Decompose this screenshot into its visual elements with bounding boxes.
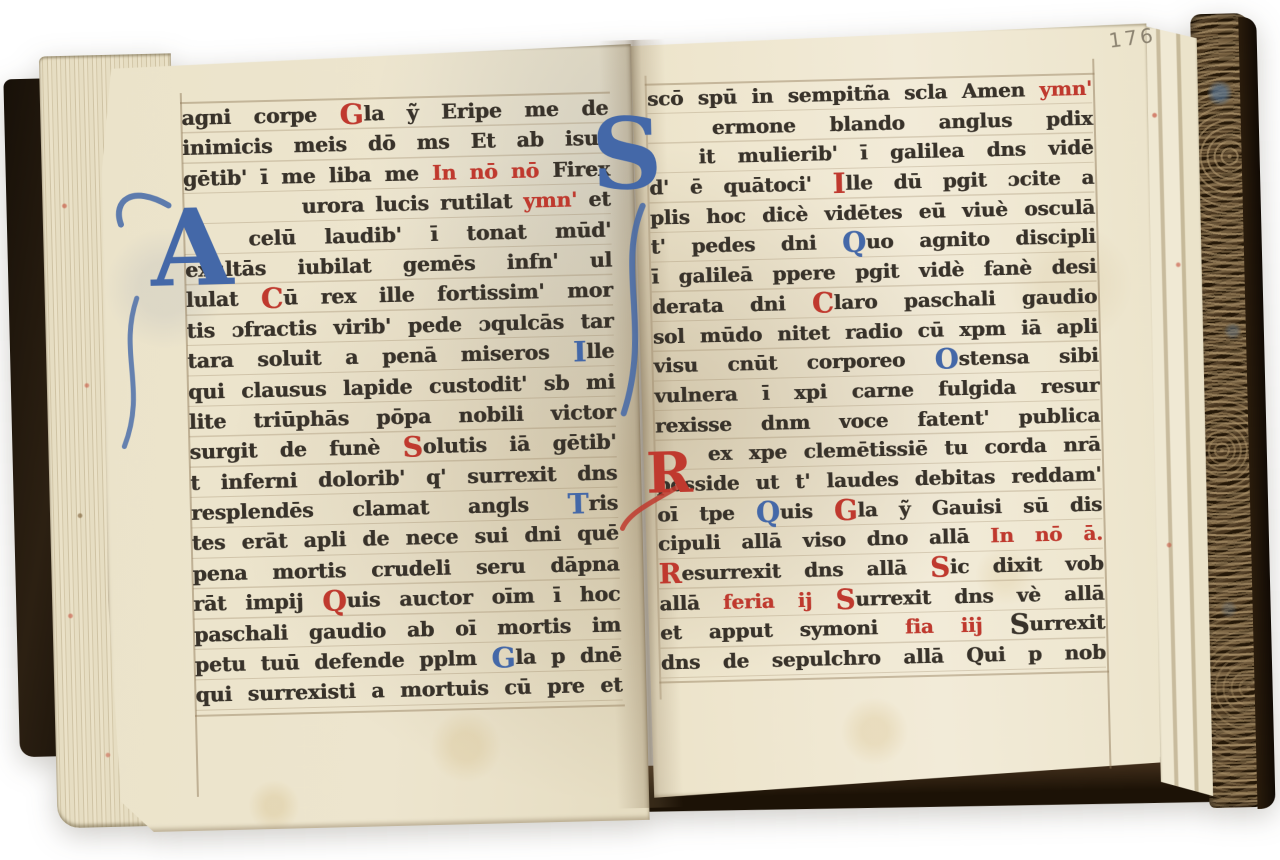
- ink-text: d' ē quātoci': [649, 171, 833, 199]
- ink-text: uo agnito discipli: [866, 224, 1096, 254]
- ink-text: agni corpe: [181, 102, 340, 130]
- rubric-text: fia iij: [905, 612, 1010, 639]
- initial-s-tail: [598, 197, 664, 428]
- ink-text: stensa sibi: [958, 343, 1099, 370]
- rubric-text: In nō nō: [432, 158, 553, 185]
- ink-text: la ỹ: [363, 100, 441, 126]
- blue-initial-text: Q: [756, 495, 781, 529]
- ink-text: et apput symoni: [660, 615, 905, 645]
- rubric-text: feria ij: [723, 587, 836, 614]
- ink-text: ic dixit vob: [950, 551, 1104, 579]
- ink-text: urrexit: [1029, 610, 1105, 636]
- blue-initial-text: I: [573, 334, 587, 368]
- ink-text: urrexit dns vè allā: [855, 580, 1105, 610]
- photograph-background: agni corpe Gla ỹ Eripe me deinimicis mei…: [0, 0, 1280, 860]
- ink-text: olutis iā gētib': [422, 430, 616, 459]
- ink-text: urora lucis rutilat: [301, 189, 523, 218]
- left-text-block: agni corpe Gla ỹ Eripe me deinimicis mei…: [181, 93, 623, 711]
- rubric-text: Q: [322, 583, 347, 618]
- rubric-text: S: [930, 550, 951, 583]
- rubric-text: C: [811, 286, 834, 320]
- rubric-text: In nō ā.: [990, 521, 1103, 548]
- illuminated-initial-s: S: [590, 105, 663, 205]
- ink-text: la ỹ: [857, 495, 932, 521]
- rubric-text: I: [832, 167, 846, 200]
- ink-text: Eripe me de: [441, 96, 609, 124]
- ink-text: S: [1009, 608, 1030, 641]
- ink-text: la p dnē: [515, 643, 622, 670]
- ink-text: surgit de funè: [189, 435, 403, 464]
- initial-r-flourish: [617, 477, 688, 539]
- ink-text: derata dni: [652, 291, 812, 319]
- ink-text: petu tuū defende pplm: [194, 646, 491, 677]
- rubric-text: S: [835, 582, 856, 615]
- rubric-text: R: [658, 557, 682, 591]
- blue-initial-text: O: [934, 342, 959, 376]
- ink-text: uis auctor oīm ī hoc: [346, 582, 620, 613]
- right-text-block: scō spū in sempitña scla Amen ymn'ermone…: [647, 74, 1106, 679]
- ink-text: uis: [779, 498, 834, 523]
- ink-text: Gauisi sū dis: [931, 491, 1102, 519]
- rubric-text: ymn': [523, 187, 589, 213]
- ink-text: esurrexit dns allā: [681, 555, 930, 585]
- ink-text: visu cnūt corporeo: [653, 347, 935, 378]
- ink-text: t' pedes dni: [650, 230, 842, 259]
- rubric-text: G: [834, 493, 858, 527]
- rubric-text: G: [339, 96, 364, 131]
- ink-text: ū rex ille fortissim' mor: [283, 278, 613, 310]
- initial-a-flourish: [104, 177, 183, 479]
- rubric-text: C: [260, 281, 283, 316]
- ink-text: rāt impij: [193, 589, 323, 616]
- ink-text: allā: [659, 590, 723, 616]
- open-manuscript-book: agni corpe Gla ỹ Eripe me deinimicis mei…: [2, 1, 1274, 849]
- blue-initial-text: T: [567, 486, 589, 520]
- ink-text: laro paschali gaudio: [833, 284, 1097, 314]
- rubric-text: S: [402, 429, 423, 463]
- ink-text: lle dū pgit ɔcite a: [845, 165, 1094, 195]
- blue-initial-text: Q: [842, 226, 867, 260]
- rubric-text: ymn': [1039, 76, 1092, 101]
- blue-initial-text: G: [491, 640, 516, 675]
- ink-text: ris: [588, 491, 618, 516]
